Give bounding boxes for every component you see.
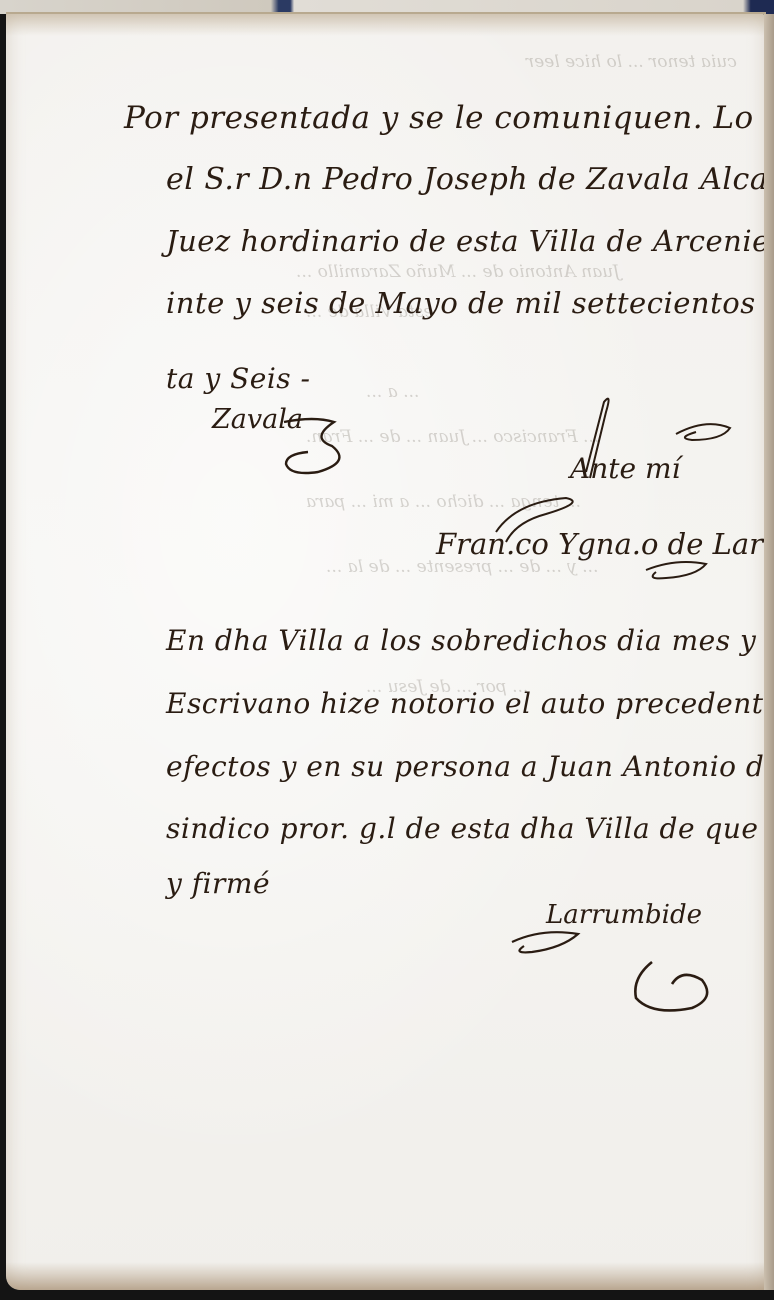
bleed-through-text: Juan Antonio de ... Muño Zaramillo ... bbox=[296, 262, 620, 282]
rubric-flourish-ante-mi bbox=[546, 392, 746, 482]
paragraph-2-line-5: y firmé bbox=[166, 867, 270, 900]
paragraph-1-line-3: Juez hordinario de esta Villa de Arcenie… bbox=[166, 224, 774, 258]
page-edge bbox=[764, 14, 774, 1290]
manuscript-page: cuia tenor ... lo hice leer Juan Antonio… bbox=[6, 12, 766, 1290]
rubric-flourish-zavala bbox=[274, 412, 354, 482]
bleed-through-text: cuia tenor ... lo hice leer bbox=[526, 52, 737, 72]
paragraph-1-line-5: ta y Seis - bbox=[166, 362, 311, 395]
paragraph-1-line-4: inte y seis de Mayo de mil settecientos … bbox=[166, 286, 774, 320]
paragraph-2-line-3: efectos y en su persona a Juan Antonio d… bbox=[166, 750, 774, 783]
paragraph-1-line-2: el S.r D.n Pedro Joseph de Zavala Alcald… bbox=[166, 162, 774, 197]
paragraph-1-line-1: Por presentada y se le comuniquen. Lo ma… bbox=[124, 100, 774, 136]
rubric-flourish-larrumbide-1 bbox=[476, 482, 736, 592]
rubric-flourish-larrumbide-2 bbox=[502, 918, 732, 1028]
paragraph-2-line-2: Escrivano hize notorio el auto precedent… bbox=[166, 687, 774, 720]
paragraph-2-line-1: En dha Villa a los sobredichos dia mes y… bbox=[166, 624, 774, 657]
paragraph-2-line-4: sindico pror. g.l de esta dha Villa de q… bbox=[166, 812, 774, 845]
bleed-through-text: ... a ... bbox=[366, 382, 419, 402]
